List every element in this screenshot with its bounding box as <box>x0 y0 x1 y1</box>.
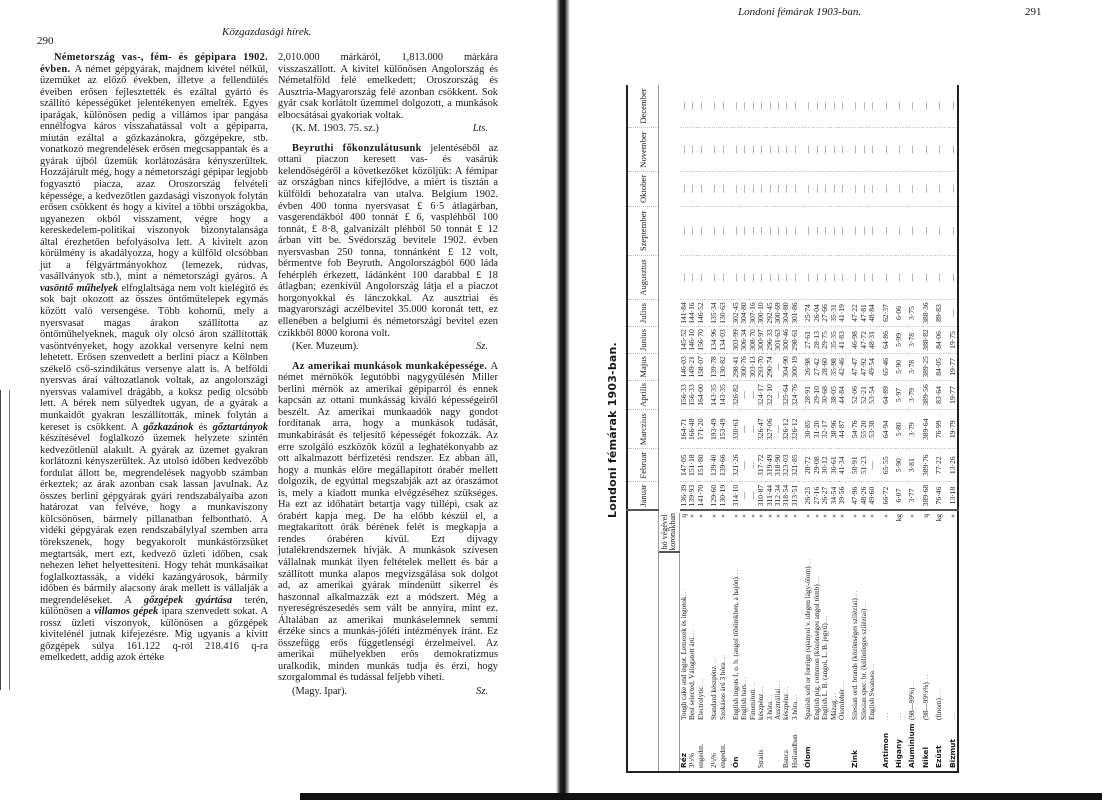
leader-dots: ... <box>757 685 765 693</box>
page-number-left: 290 <box>37 35 54 47</box>
row-label: ZinkSilesian ord. brands (közönséges szi… <box>851 510 859 772</box>
unit-label: » <box>766 511 774 518</box>
price-cell: 389·76 <box>922 449 930 482</box>
leader-dots: ... <box>860 600 868 608</box>
price-cell: — <box>697 206 705 255</box>
price-cell: 3·79 <box>908 410 916 449</box>
price-cell: — <box>791 256 799 300</box>
month-header-julius: Julius <box>627 300 659 327</box>
leader-dots: ... <box>782 685 790 693</box>
unit-label: » <box>719 511 727 518</box>
leader-dots: ... <box>868 663 876 671</box>
metal-prices-table: JanuarFebruarMarcziusAprilisMajusJuniusJ… <box>626 85 959 773</box>
row-label: Antimon ...» <box>882 510 890 772</box>
unit-label: » <box>949 511 957 518</box>
row-description: Electrolytic <box>697 686 705 720</box>
price-cell: 130·82 <box>719 354 727 381</box>
article-2-source: (Ker. Muzeum).Sz. <box>278 341 498 353</box>
row-label: Ezüst(finom) ...kg <box>935 510 943 772</box>
price-cell: 48·84 <box>868 300 876 327</box>
price-cell: — <box>895 172 903 207</box>
price-cell: 65·55 <box>882 449 890 482</box>
price-cell: — <box>895 128 903 172</box>
month-header-marczius: Marczius <box>627 410 659 449</box>
price-cell: 5·90 <box>895 354 903 381</box>
row-label: Finomított ...» <box>749 510 757 772</box>
left-page: 290 Közgazdasági hírek. Németország vas-… <box>0 0 560 800</box>
row-label: 3 hóra ...» <box>766 510 774 772</box>
unit-label: » <box>882 511 890 518</box>
price-cell: — <box>868 172 876 207</box>
body-text: készítésével foglalkozó üzemek helyzete … <box>40 433 268 606</box>
source-text: (K. M. 1903. 75. sz.) <box>292 123 379 135</box>
row-label: English L. B. (angol, L. B. jegyű) ...» <box>821 510 829 772</box>
row-label: ÓlomSpanish soft or foreign (spanyol v. … <box>804 510 812 772</box>
row-label: Aluminium(98—99%) ...» <box>908 510 916 772</box>
unit-label: » <box>749 511 757 518</box>
row-label: English bars ...» <box>740 510 748 772</box>
metal-name: Ezüst <box>935 720 943 768</box>
emphasis-term: vasöntő műhelyek <box>40 283 118 294</box>
table-row: Nikel(98—99½%) ...q389·68389·76389·64389… <box>922 85 930 772</box>
price-cell: — <box>895 256 903 300</box>
price-cell: 164·00 <box>697 380 705 409</box>
emphasis-term: gőztartányok <box>213 422 268 433</box>
price-cell: — <box>949 85 958 128</box>
price-cell: — <box>791 85 799 128</box>
price-cell: 301·86 <box>791 300 799 327</box>
price-cell: 171·20 <box>697 410 705 449</box>
price-cell: 19·77 <box>949 354 958 381</box>
price-cell: — <box>908 206 916 255</box>
row-sublabel: engedm. <box>697 720 705 768</box>
price-cell: 13·26 <box>949 449 958 482</box>
price-cell: 66·72 <box>882 482 890 510</box>
leader-dots: ... <box>749 681 757 689</box>
emphasis-term: gőzgépek gyártása <box>144 595 232 606</box>
leader-dots: ... <box>766 693 774 701</box>
price-cell: — <box>908 128 916 172</box>
unit-label: » <box>813 511 821 518</box>
price-cell: 326·12 <box>791 410 799 449</box>
price-cell: — <box>868 256 876 300</box>
article-1-source: (K. M. 1903. 75. sz.)Lts. <box>278 123 498 135</box>
binding-edge <box>0 390 10 690</box>
leader-dots: ... <box>851 590 859 598</box>
price-cell: 3·75 <box>908 300 916 327</box>
price-cell: 77·22 <box>935 449 943 482</box>
article-2-title: Beyruthi főkonzulátusunk <box>292 143 422 154</box>
row-label: 3½%Best selected. Válogatott árú ...» <box>688 510 696 772</box>
price-cell: 5·90 <box>895 449 903 482</box>
running-head-left: Közgazdasági hírek. <box>222 26 311 38</box>
price-cell: — <box>895 206 903 255</box>
article-3-title: Az amerikai munkások munkaképessége. <box>292 361 490 372</box>
body-text: és <box>193 422 212 433</box>
price-cell: 49·60 <box>868 482 876 510</box>
price-cell: 13·18 <box>949 482 958 510</box>
price-cell: 39·56 <box>838 482 846 510</box>
article-2-body: Beyruthi főkonzulátusunk jelentéséből az… <box>278 143 498 339</box>
price-cell: 62·37 <box>882 300 890 327</box>
price-cell: 388·36 <box>922 300 930 327</box>
price-cell: 41·83 <box>838 326 846 353</box>
price-cell: — <box>882 172 890 207</box>
rotated-table: Londoni fémárak 1903-ban. JanuarFebruarM… <box>606 15 1101 775</box>
price-cell: 298·61 <box>791 326 799 353</box>
price-cell: 49·54 <box>868 354 876 381</box>
price-cell: — <box>908 172 916 207</box>
table-row: Bizmut ...»13·1813·2619·7919·7719·7719·7… <box>949 85 958 772</box>
table-row: Ezüst(finom) ...kg76·4677·2276·9983·6484… <box>935 85 943 772</box>
scan-edge <box>300 793 1102 800</box>
price-cell: — <box>838 172 846 207</box>
price-cell: 83·64 <box>935 380 943 409</box>
month-header-aprilis: Aprilis <box>627 380 659 409</box>
unit-label: » <box>791 511 799 518</box>
price-cell: 324·76 <box>791 380 799 409</box>
price-cell: — <box>935 128 943 172</box>
price-cell: — <box>719 206 727 255</box>
row-description: Silesian ord. brands (közönséges szilézi… <box>851 598 859 720</box>
price-cell: — <box>868 85 876 128</box>
row-label: Straitskészpénz ...» <box>757 510 765 772</box>
metal-name: Bizmut <box>949 720 957 768</box>
leader-dots: ... <box>791 693 799 701</box>
body-text: A német mérnökök legutóbbi nagygyűlésén … <box>278 361 498 684</box>
price-cell: 64·86 <box>882 326 890 353</box>
unit-label: » <box>688 511 696 518</box>
month-header-szeptember: Szeptember <box>627 206 659 255</box>
text-column-2: 2,010.000 márkáról, 1,813.000 márkára vi… <box>278 52 498 698</box>
price-cell: — <box>697 128 705 172</box>
row-description: (98—99½%) <box>922 682 930 720</box>
metal-name: Nikel <box>922 720 930 768</box>
price-cell: 89·83 <box>935 300 943 327</box>
unit-label: » <box>697 511 705 518</box>
price-cell: 151·80 <box>697 449 705 482</box>
table-row: engedm.Szokásos árú 3 hóra ...»130·19139… <box>719 85 727 772</box>
price-cell: — <box>949 256 958 300</box>
price-cell: — <box>949 300 958 327</box>
price-cell: 3·77 <box>908 482 916 510</box>
price-cell: — <box>922 206 930 255</box>
price-cell: 42·46 <box>838 354 846 381</box>
source-text: (Ker. Muzeum). <box>292 341 359 353</box>
row-description: (finom) <box>935 698 943 720</box>
price-cell: 53·54 <box>868 380 876 409</box>
row-label: Higany ...kg <box>895 510 903 772</box>
row-description: English Swansea <box>868 671 876 720</box>
row-label: Hollandban3 hóra ...» <box>791 510 799 772</box>
month-header-oktober: Oktober <box>627 172 659 207</box>
source-text: (Magy. Ipar). <box>292 686 347 698</box>
leader-dots: ... <box>830 692 838 700</box>
row-label: 2½%Standard készpénz ...» <box>710 510 718 772</box>
price-cell: — <box>935 85 943 128</box>
unit-label: » <box>851 511 859 518</box>
leader-dots: ... <box>882 712 890 720</box>
row-label: Silesian spec. br. (különleges sziléziai… <box>860 510 868 772</box>
price-cell: 141·70 <box>697 482 705 510</box>
leader-dots: ... <box>732 569 740 577</box>
row-description: Ausztráliai <box>774 688 782 720</box>
article-1-continuation: 2,010.000 márkáról, 1,813.000 márkára vi… <box>278 52 498 121</box>
price-cell: 5·97 <box>895 380 903 409</box>
row-description: (98—99%) <box>908 688 916 720</box>
price-cell: 19·77 <box>949 380 958 409</box>
price-cell: 5·80 <box>895 410 903 449</box>
price-cell: — <box>719 172 727 207</box>
metal-name: Ólom <box>804 720 812 768</box>
row-description: English pig, common (közönséges angol tö… <box>813 584 821 720</box>
price-cell: 3·79 <box>908 380 916 409</box>
metal-name: Higany <box>895 720 903 768</box>
price-cell: 3·78 <box>908 354 916 381</box>
leader-dots: ... <box>813 576 821 584</box>
price-cell: — <box>719 85 727 128</box>
price-cell: — <box>922 128 930 172</box>
row-description: Standard készpénz <box>710 666 718 720</box>
row-sublabel: Hollandban <box>791 720 799 768</box>
text-column-1: Németország vas-, fém- és gépipara 1902.… <box>40 52 268 664</box>
price-cell: — <box>882 85 890 128</box>
table-row: Ólomfehér ...»39·5641·3444·8744·8442·464… <box>838 85 846 772</box>
price-cell: — <box>719 128 727 172</box>
row-description: English bars <box>740 684 748 720</box>
unit-label: » <box>868 511 876 518</box>
row-label: Nikel(98—99½%) ...q <box>922 510 930 772</box>
unit-label: » <box>804 511 812 518</box>
month-header-augusztus: Augusztus <box>627 256 659 300</box>
row-description: készpénz <box>782 694 790 720</box>
leader-dots: ... <box>719 654 727 662</box>
price-cell: — <box>949 206 958 255</box>
price-cell: 389·56 <box>922 380 930 409</box>
leader-dots: ... <box>740 676 748 684</box>
unit-label: » <box>908 511 916 518</box>
price-cell: 130·19 <box>719 482 727 510</box>
row-label: ÓnEnglish ingots f. o. b. (angol töbömkb… <box>732 510 740 772</box>
table-row: Higany ...kg6·075·905·805·975·905·996·06… <box>895 85 903 772</box>
unit-label: » <box>838 511 846 518</box>
price-cell: 321·85 <box>791 449 799 482</box>
unit-label: » <box>757 511 765 518</box>
unit-label: » <box>710 511 718 518</box>
leader-dots: ... <box>804 558 812 566</box>
price-cell: 6·06 <box>895 300 903 327</box>
month-header-november: November <box>627 128 659 172</box>
table-row: English Swansea ...»49·60—53·3853·5449·5… <box>868 85 876 772</box>
row-description: Ólomfehér <box>838 689 846 720</box>
price-cell: — <box>838 206 846 255</box>
leader-dots: ... <box>895 712 903 720</box>
price-cell: 41·19 <box>838 300 846 327</box>
row-label: Bizmut ...» <box>949 510 958 772</box>
price-cell: 19·75 <box>949 326 958 353</box>
price-cell: 64·94 <box>882 410 890 449</box>
row-label: Bancakészpénz ...» <box>782 510 790 772</box>
row-description: Spanish soft or foreign (spanyol v. ideg… <box>804 566 812 720</box>
row-description: Best selected. Válogatott árú <box>688 638 696 721</box>
price-cell: 389·68 <box>922 482 930 510</box>
price-cell: 313·51 <box>791 482 799 510</box>
month-header-junius: Junius <box>627 326 659 353</box>
row-description: készpénz <box>757 694 765 720</box>
row-sublabel: Banca <box>782 720 790 768</box>
price-cell: 44·84 <box>838 380 846 409</box>
row-sublabel: 2½% <box>710 720 718 768</box>
unit-note: hó végével koronákban <box>659 513 680 552</box>
price-cell: 84·06 <box>935 326 943 353</box>
leader-dots: ... <box>922 674 930 682</box>
price-cell: 5·99 <box>895 326 903 353</box>
price-cell: — <box>697 85 705 128</box>
price-cell: — <box>697 256 705 300</box>
row-label: English pig, common (közönséges angol tö… <box>813 510 821 772</box>
metal-name: Aluminium <box>908 720 916 768</box>
price-cell: — <box>882 206 890 255</box>
unit-row: hó végével koronákban <box>659 510 680 771</box>
month-header-majus: Majus <box>627 354 659 381</box>
price-cell: — <box>922 256 930 300</box>
body-text: elfoglaltsága nem volt kielégítő és sok … <box>40 283 268 433</box>
price-cell: 76·46 <box>935 482 943 510</box>
metal-name: Réz <box>680 720 688 768</box>
price-cell: 6·07 <box>895 482 903 510</box>
price-cell: — <box>868 449 876 482</box>
table-row: Aluminium(98—99%) ...»3·773·813·793·793·… <box>908 85 916 772</box>
price-cell: 156·70 <box>697 326 705 353</box>
price-cell: — <box>949 172 958 207</box>
metal-name: Antimon <box>882 720 890 768</box>
price-cell: — <box>868 206 876 255</box>
price-cell: 146·52 <box>697 300 705 327</box>
price-cell: 143·35 <box>719 380 727 409</box>
price-cell: 389·25 <box>922 354 930 381</box>
metal-name: Ón <box>732 720 740 768</box>
price-cell: 300·19 <box>791 354 799 381</box>
price-cell: 134·03 <box>719 326 727 353</box>
price-cell: — <box>868 128 876 172</box>
leader-dots: ... <box>710 658 718 666</box>
price-cell: 44·87 <box>838 410 846 449</box>
emphasis-term: villamos gépek <box>94 606 158 617</box>
price-cell: — <box>935 256 943 300</box>
price-cell: — <box>791 128 799 172</box>
unit-label: » <box>732 511 740 518</box>
row-label: Ausztráliai ...» <box>774 510 782 772</box>
leader-dots: ... <box>949 712 957 720</box>
price-cell: 76·99 <box>935 410 943 449</box>
price-cell: — <box>719 256 727 300</box>
price-cell: — <box>882 256 890 300</box>
unit-label: q <box>680 511 688 518</box>
row-description: 3 hóra <box>766 702 774 720</box>
row-description: Tough cake and ingot. Lemezek és ingotok <box>680 597 688 720</box>
unit-label: » <box>774 511 782 518</box>
table-row: Hollandban3 hóra ...»313·51321·85326·123… <box>791 85 799 772</box>
price-cell: 19·79 <box>949 410 958 449</box>
leader-dots: ... <box>821 615 829 623</box>
price-cell: 153·49 <box>719 410 727 449</box>
row-sublabel: 3½% <box>688 720 696 768</box>
price-cell: — <box>838 256 846 300</box>
price-cell: — <box>922 172 930 207</box>
price-cell: 65·46 <box>882 354 890 381</box>
leader-dots: ... <box>697 678 705 686</box>
article-3-body: Az amerikai munkások munkaképessége. A n… <box>278 361 498 684</box>
unit-label: q <box>922 511 930 518</box>
body-text: jelentéséből az ottani piaczon keresett … <box>278 143 498 339</box>
unit-label: kg <box>935 511 943 521</box>
article-3-source: (Magy. Ipar).Sz. <box>278 686 498 698</box>
row-label: Ólomfehér ...» <box>838 510 846 772</box>
leader-dots: ... <box>774 680 782 688</box>
row-label: English Swansea ...» <box>868 510 876 772</box>
table-row: Antimon ...»66·7265·5564·9464·8965·4664·… <box>882 85 890 772</box>
unit-label: » <box>860 511 868 518</box>
price-cell: — <box>908 85 916 128</box>
price-cell: — <box>838 128 846 172</box>
price-cell: — <box>697 172 705 207</box>
emphasis-term: gőzkazánok <box>143 422 193 433</box>
price-cell: 41·34 <box>838 449 846 482</box>
price-cell: 3·81 <box>908 449 916 482</box>
price-cell: 84·05 <box>935 354 943 381</box>
month-header-december: December <box>627 85 659 128</box>
row-description: Szokásos árú 3 hóra <box>719 662 727 720</box>
row-sublabel: engedm. <box>719 720 727 768</box>
price-cell: 388·82 <box>922 326 930 353</box>
leader-dots: ... <box>688 629 696 637</box>
price-cell: — <box>791 172 799 207</box>
price-cell: — <box>838 85 846 128</box>
price-cell: 3·78 <box>908 326 916 353</box>
row-label: engedm.Electrolytic ...» <box>697 510 705 772</box>
leader-dots: ... <box>908 679 916 687</box>
row-sublabel: Straits <box>757 720 765 768</box>
row-description: Finomított <box>749 690 757 720</box>
month-header-januar: Januar <box>627 482 659 510</box>
signature: Lts. <box>473 123 498 135</box>
price-cell: 389·64 <box>922 410 930 449</box>
row-description: English L. B. (angol, L. B. jegyű) <box>821 623 829 720</box>
price-cell: — <box>949 128 958 172</box>
price-cell: 64·89 <box>882 380 890 409</box>
price-cell: — <box>791 206 799 255</box>
month-header-februar: Februar <box>627 449 659 482</box>
price-cell: 130·63 <box>719 300 727 327</box>
row-label: RézTough cake and ingot. Lemezek és ingo… <box>680 510 688 772</box>
price-cell: 48·31 <box>868 326 876 353</box>
label-header <box>627 510 659 772</box>
price-cell: 53·38 <box>868 410 876 449</box>
price-cell: — <box>882 128 890 172</box>
page-gutter <box>556 0 570 800</box>
leader-dots: ... <box>680 588 688 596</box>
unit-label: » <box>740 511 748 518</box>
body-text: A német gépgyárak, majdnem kivétel nélkü… <box>40 64 268 283</box>
row-label: Mázag ...» <box>830 510 838 772</box>
leader-dots: ... <box>935 690 943 698</box>
row-label: engedm.Szokásos árú 3 hóra ...» <box>719 510 727 772</box>
price-cell: — <box>922 85 930 128</box>
signature: Sz. <box>476 341 498 353</box>
price-cell: — <box>935 172 943 207</box>
row-description: 3 hóra <box>791 702 799 720</box>
table-row: engedm.Electrolytic ...»141·70151·80171·… <box>697 85 705 772</box>
